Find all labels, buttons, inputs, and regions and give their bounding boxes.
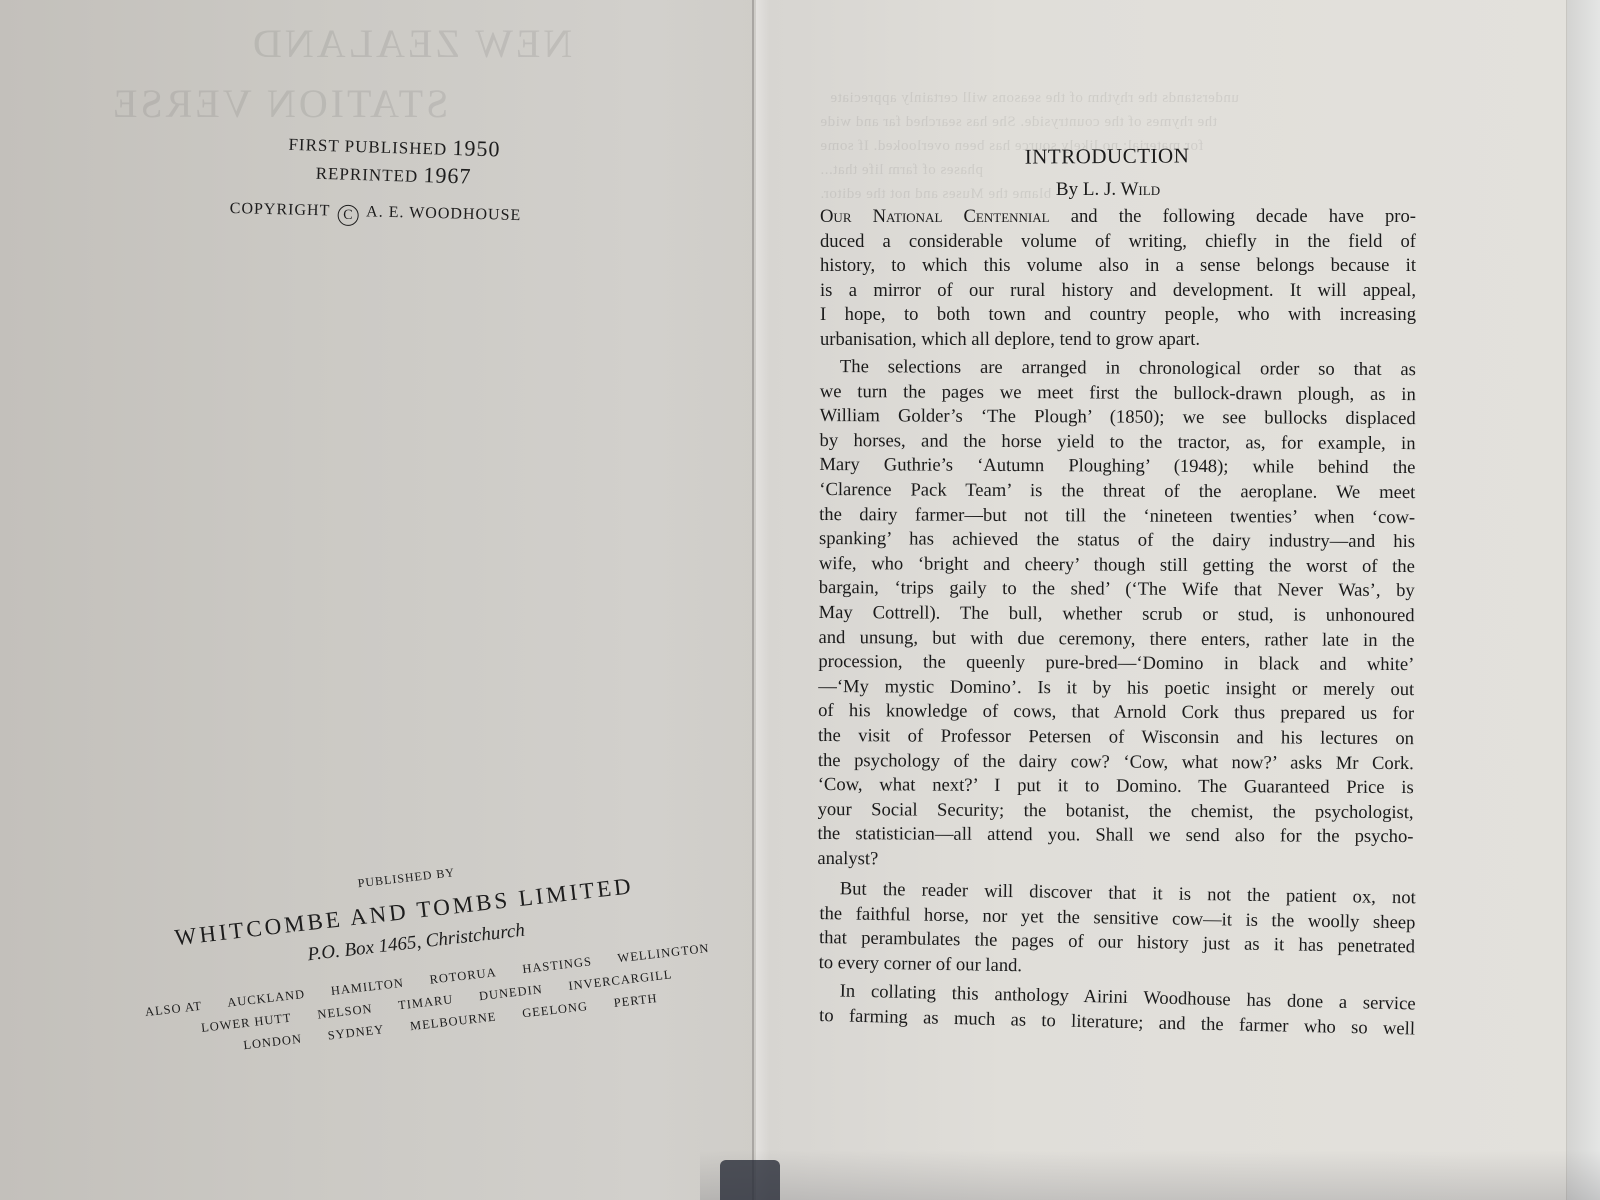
introduction-body: Our National Centennial and the followin… <box>820 205 1416 1029</box>
text-line: history, to which this volume also in a … <box>820 254 1416 279</box>
text-fragment: and the following decade have pro- <box>1050 206 1416 227</box>
bleed-through-title-2: STATION VERSE <box>110 80 448 127</box>
text-line: by horses, and the horse yield to the tr… <box>819 428 1415 456</box>
text-line: procession, the queenly pure-bred—‘Domin… <box>818 650 1414 678</box>
publisher-block: PUBLISHED BY WHITCOMBE AND TOMBS LIMITED… <box>130 812 726 880</box>
left-page: NEW ZEALAND STATION VERSE FIRST PUBLISHE… <box>0 0 762 1200</box>
text-line: I hope, to both town and country people,… <box>820 303 1416 328</box>
table-shadow <box>700 1150 1600 1200</box>
first-published-label: FIRST PUBLISHED <box>288 135 447 159</box>
text-line: the dairy farmer—but not till the ‘ninet… <box>819 502 1415 530</box>
city: NELSON <box>317 1001 374 1021</box>
city: DUNEDIN <box>478 982 543 1003</box>
byline-author: L. J. Wild <box>1083 179 1160 200</box>
page-edge <box>1566 0 1600 1200</box>
page-title: INTRODUCTION <box>798 142 1416 171</box>
text-line: urbanisation, which all deplore, tend to… <box>820 328 1416 353</box>
copyright-label: COPYRIGHT <box>230 200 331 219</box>
city: ROTORUA <box>429 965 497 987</box>
text-line: May Cottrell). The bull, whether scrub o… <box>819 600 1415 628</box>
text-line: —‘My mystic Domino’. Is it by his poetic… <box>818 674 1414 702</box>
copyright-line: COPYRIGHT C A. E. WOODHOUSE <box>229 200 569 231</box>
city: TIMARU <box>397 992 454 1012</box>
text-line: spanking’ has achieved the status of the… <box>819 527 1415 555</box>
text-line: The selections are arranged in chronolog… <box>820 355 1416 383</box>
also-at-label: ALSO AT <box>144 999 203 1019</box>
city: HAMILTON <box>330 976 404 998</box>
text-line: the statistician—all attend you. Shall w… <box>817 822 1413 850</box>
first-published-year: 1950 <box>452 135 501 161</box>
text-line: Our National Centennial and the followin… <box>820 205 1416 230</box>
reprinted-label: REPRINTED <box>315 164 418 186</box>
lead-smallcaps: Our National Centennial <box>820 206 1050 227</box>
text-line: analyst? <box>817 846 1413 874</box>
byline-prefix: By <box>1056 179 1078 200</box>
city: AUCKLAND <box>227 987 306 1010</box>
paragraph-3: But the reader will discover that it is … <box>818 877 1415 985</box>
city: HASTINGS <box>522 954 593 976</box>
reprinted-year: 1967 <box>423 162 472 188</box>
book-gutter <box>752 0 754 1200</box>
open-book-spread: NEW ZEALAND STATION VERSE FIRST PUBLISHE… <box>0 0 1600 1200</box>
city: WELLINGTON <box>617 941 710 965</box>
published-by-label: PUBLISHED BY <box>357 865 456 891</box>
text-line: wife, who ‘bright and cheery’ though sti… <box>819 551 1415 579</box>
bleed-through-line: the rhymes of the countryside. She has s… <box>820 114 1217 131</box>
copyright-holder: A. E. WOODHOUSE <box>366 203 522 224</box>
text-line: of his knowledge of cows, that Arnold Co… <box>818 699 1414 727</box>
city: SYDNEY <box>327 1022 385 1042</box>
bleed-through-title-1: NEW ZEALAND <box>250 20 572 67</box>
text-line: ‘Clarence Pack Team’ is the threat of th… <box>819 478 1415 506</box>
text-line: is a mirror of our rural history and dev… <box>820 279 1416 304</box>
city: MELBOURNE <box>409 1009 497 1033</box>
text-line: duced a considerable volume of writing, … <box>820 230 1416 255</box>
text-line: we turn the pages we meet first the bull… <box>820 379 1416 407</box>
text-line: and unsung, but with due ceremony, there… <box>818 625 1414 653</box>
introduction-section: INTRODUCTION By L. J. Wild Our National … <box>820 144 1416 1029</box>
bleed-through-line: understands the rhythm of the seasons wi… <box>830 90 1239 107</box>
text-line: the psychology of the dairy cow? ‘Cow, w… <box>818 748 1414 776</box>
text-line: ‘Cow, what next?’ I put it to Domino. Th… <box>818 773 1414 801</box>
text-line: your Social Security; the botanist, the … <box>818 797 1414 825</box>
paragraph-1: Our National Centennial and the followin… <box>820 205 1416 353</box>
text-line: William Golder’s ‘The Plough’ (1850); we… <box>820 404 1416 432</box>
city: INVERCARGILL <box>568 967 673 993</box>
city: GEELONG <box>521 999 588 1020</box>
text-line: Mary Guthrie’s ‘Autumn Ploughing’ (1948)… <box>819 453 1415 481</box>
text-line: the visit of Professor Petersen of Wisco… <box>818 723 1414 751</box>
paragraph-2: The selections are arranged in chronolog… <box>817 355 1416 875</box>
city: LONDON <box>243 1032 303 1053</box>
imprint-block: FIRST PUBLISHED 1950 REPRINTED 1967 <box>228 128 560 194</box>
city: PERTH <box>613 991 658 1010</box>
city: LOWER HUTT <box>200 1011 292 1035</box>
background-object <box>720 1160 780 1200</box>
text-line: bargain, ‘trips gaily to the shed’ (‘The… <box>819 576 1415 604</box>
byline: By L. J. Wild <box>800 179 1416 201</box>
copyright-symbol-icon: C <box>338 205 360 227</box>
